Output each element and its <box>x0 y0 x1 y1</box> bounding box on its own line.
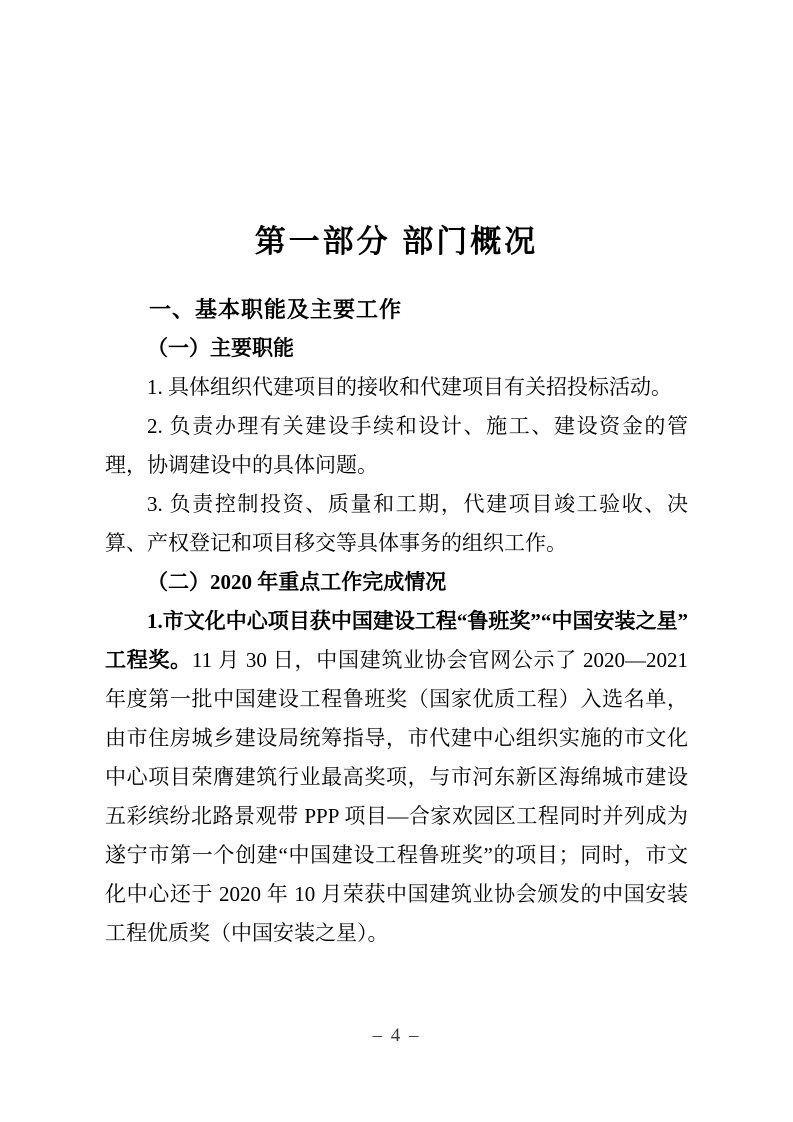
duty-paragraph-2: 2. 负责办理有关建设手续和设计、施工、建设资金的管理，协调建设中的具体问题。 <box>105 407 688 485</box>
section-heading-basic-functions: 一、基本职能及主要工作 <box>105 290 688 329</box>
key-work-paragraph-1-body: 11 月 30 日，中国建筑业协会官网公示了 2020—2021 年度第一批中国… <box>105 648 688 945</box>
page-number: – 4 – <box>0 1024 793 1048</box>
page-title: 第一部分 部门概况 <box>105 222 688 262</box>
subsection-heading-main-duties: （一）主要职能 <box>105 329 688 368</box>
document-body: 一、基本职能及主要工作 （一）主要职能 1. 具体组织代建项目的接收和代建项目有… <box>105 290 688 953</box>
key-work-paragraph-1: 1.市文化中心项目获中国建设工程“鲁班奖”“中国安装之星”工程奖。11 月 30… <box>105 602 688 953</box>
subsection-heading-2020-key-work: （二）2020 年重点工作完成情况 <box>105 563 688 602</box>
duty-paragraph-1: 1. 具体组织代建项目的接收和代建项目有关招投标活动。 <box>105 368 688 407</box>
duty-paragraph-3: 3. 负责控制投资、质量和工期，代建项目竣工验收、决算、产权登记和项目移交等具体… <box>105 485 688 563</box>
document-page: 第一部分 部门概况 一、基本职能及主要工作 （一）主要职能 1. 具体组织代建项… <box>0 0 793 1122</box>
